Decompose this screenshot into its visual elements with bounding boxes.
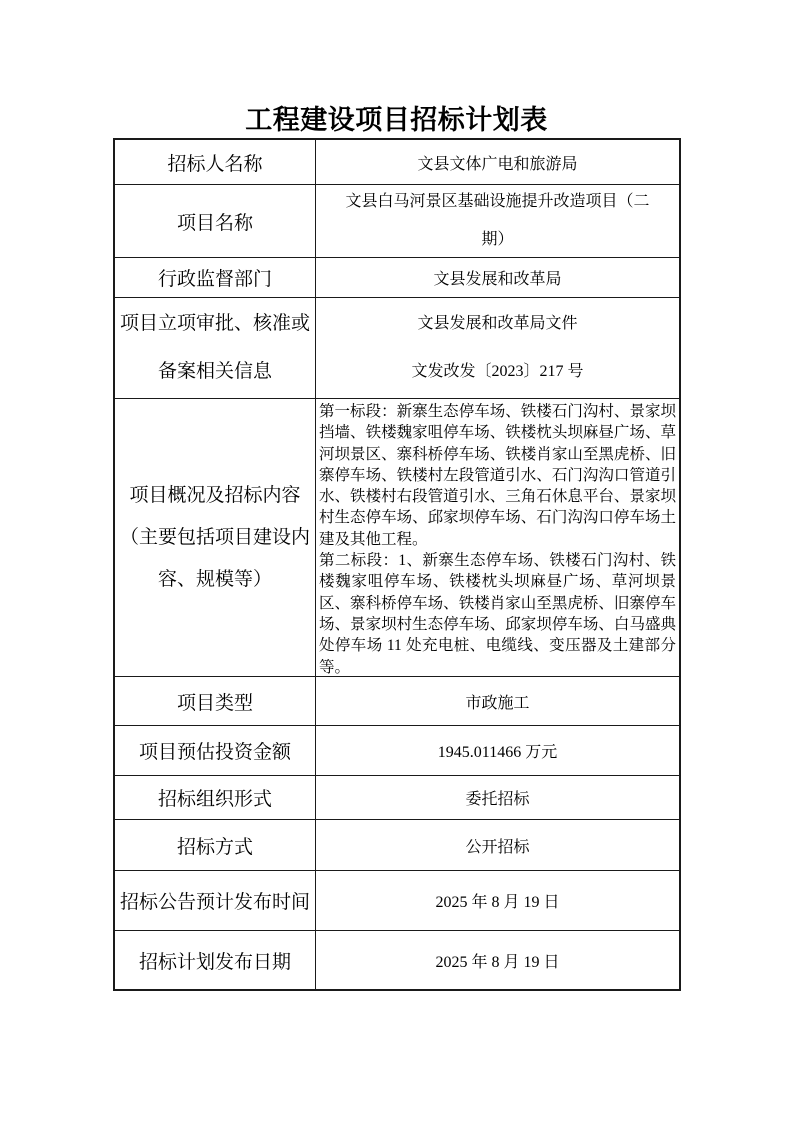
row-plan-publish-date: 招标计划发布日期 2025 年 8 月 19 日	[115, 931, 679, 989]
row-value: 市政施工	[316, 677, 679, 725]
label-line: 备案相关信息	[117, 348, 313, 396]
row-value: 文县文体广电和旅游局	[316, 140, 679, 184]
row-estimated-investment: 项目预估投资金额 1945.011466 万元	[115, 726, 679, 776]
row-value: 文县白马河景区基础设施提升改造项目（二 期）	[316, 185, 679, 257]
bidding-plan-table: 招标人名称 文县文体广电和旅游局 项目名称 文县白马河景区基础设施提升改造项目（…	[113, 138, 681, 991]
row-label: 招标方式	[115, 820, 316, 870]
row-value: 文县发展和改革局	[316, 258, 679, 297]
label-line: 容、规模等）	[117, 559, 313, 601]
value-line: 期）	[320, 221, 675, 259]
row-organization-form: 招标组织形式 委托招标	[115, 776, 679, 820]
page-title: 工程建设项目招标计划表	[0, 98, 793, 137]
row-approval-info: 项目立项审批、核准或 备案相关信息 文县发展和改革局文件 文发改发〔2023〕2…	[115, 298, 679, 399]
overview-paragraph-section2: 第二标段：1、新寨生态停车场、铁楼石门沟村、铁楼魏家咀停车场、铁楼枕头坝麻昼广场…	[319, 550, 676, 678]
label-text: 行政监督部门	[117, 264, 313, 291]
value-text: 文县文体广电和旅游局	[320, 151, 675, 174]
value-line: 文县发展和改革局文件	[320, 300, 675, 348]
row-label: 招标组织形式	[115, 776, 316, 819]
row-value: 第一标段：新寨生态停车场、铁楼石门沟村、景家坝挡墙、铁楼魏家咀停车场、铁楼枕头坝…	[316, 399, 679, 676]
label-line: 项目概况及招标内容	[117, 475, 313, 517]
row-value: 2025 年 8 月 19 日	[316, 871, 679, 930]
row-value: 文县发展和改革局文件 文发改发〔2023〕217 号	[316, 298, 679, 398]
value-line: 文县白马河景区基础设施提升改造项目（二	[320, 183, 675, 221]
row-project-type: 项目类型 市政施工	[115, 677, 679, 726]
label-text: 项目类型	[117, 688, 313, 715]
row-label: 招标公告预计发布时间	[115, 871, 316, 930]
row-announcement-expected-date: 招标公告预计发布时间 2025 年 8 月 19 日	[115, 871, 679, 931]
document-page: 工程建设项目招标计划表 招标人名称 文县文体广电和旅游局 项目名称 文县白马河景…	[0, 0, 793, 1122]
row-label: 项目类型	[115, 677, 316, 725]
value-text: 委托招标	[320, 786, 675, 809]
value-text: 文县发展和改革局	[320, 266, 675, 289]
label-text: 招标计划发布日期	[117, 947, 313, 974]
row-label: 项目概况及招标内容 （主要包括项目建设内 容、规模等）	[115, 399, 316, 676]
label-text: 招标方式	[117, 832, 313, 859]
overview-paragraph-section1: 第一标段：新寨生态停车场、铁楼石门沟村、景家坝挡墙、铁楼魏家咀停车场、铁楼枕头坝…	[319, 401, 676, 550]
value-text: 公开招标	[320, 834, 675, 857]
row-project-name: 项目名称 文县白马河景区基础设施提升改造项目（二 期）	[115, 185, 679, 258]
row-value: 公开招标	[316, 820, 679, 870]
label-text: 项目名称	[117, 208, 313, 235]
row-project-overview: 项目概况及招标内容 （主要包括项目建设内 容、规模等） 第一标段：新寨生态停车场…	[115, 399, 679, 677]
row-label: 招标人名称	[115, 140, 316, 184]
row-supervisory-dept: 行政监督部门 文县发展和改革局	[115, 258, 679, 298]
value-text: 2025 年 8 月 19 日	[320, 889, 675, 912]
value-text: 市政施工	[320, 690, 675, 713]
row-value: 1945.011466 万元	[316, 726, 679, 775]
row-label: 项目立项审批、核准或 备案相关信息	[115, 298, 316, 398]
value-line: 文发改发〔2023〕217 号	[320, 348, 675, 396]
row-value: 委托招标	[316, 776, 679, 819]
row-label: 项目预估投资金额	[115, 726, 316, 775]
row-value: 2025 年 8 月 19 日	[316, 931, 679, 989]
label-text: 招标组织形式	[117, 784, 313, 811]
label-line: 项目立项审批、核准或	[117, 300, 313, 348]
label-line: （主要包括项目建设内	[117, 517, 313, 559]
label-text: 招标人名称	[117, 149, 313, 176]
label-text: 招标公告预计发布时间	[117, 887, 313, 914]
row-label: 招标计划发布日期	[115, 931, 316, 989]
value-text: 1945.011466 万元	[320, 739, 675, 762]
label-text: 项目预估投资金额	[117, 737, 313, 764]
row-label: 项目名称	[115, 185, 316, 257]
row-label: 行政监督部门	[115, 258, 316, 297]
row-bidding-method: 招标方式 公开招标	[115, 820, 679, 871]
row-bidder-name: 招标人名称 文县文体广电和旅游局	[115, 140, 679, 185]
value-text: 2025 年 8 月 19 日	[320, 949, 675, 972]
